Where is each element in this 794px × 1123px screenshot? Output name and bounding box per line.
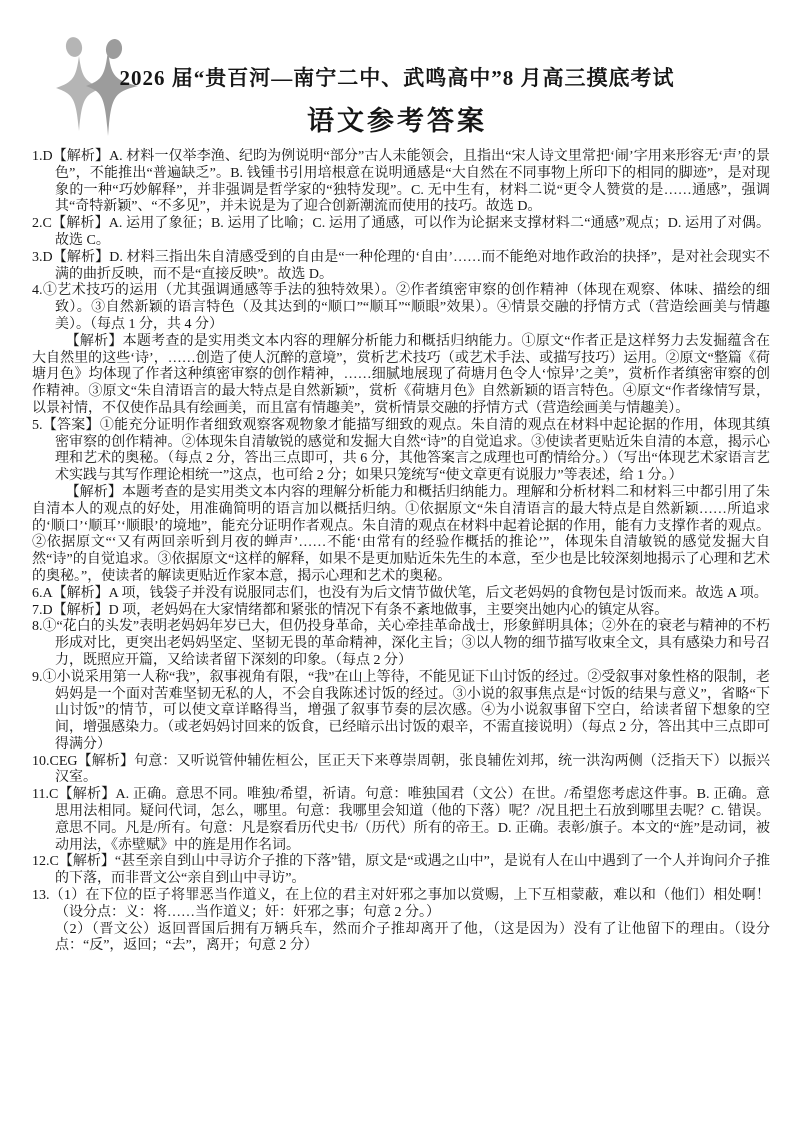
- answer-item-10: 10.CEG【解析】句意：又听说管仲辅佐桓公，匡正天下来尊崇周朝，张良辅佐刘邦，…: [32, 754, 770, 788]
- answer-number: 9.: [32, 670, 43, 685]
- answer-number: 6.: [32, 586, 43, 601]
- answer-explanation: 【解析】本题考查的是实用类文本内容的理解分析能力和概括归纳能力。理解和分析材料二…: [32, 485, 770, 586]
- answer-number: 2.: [32, 216, 43, 231]
- answer-text: ①“花白的头发”表明老妈妈年岁已大，但仍投身革命，关心牵挂革命战士，形象鲜明具体…: [43, 619, 771, 668]
- document-page: 2026 届“贵百河—南宁二中、武鸣高中”8 月高三摸底考试 语文参考答案 1.…: [0, 0, 794, 1123]
- answer-text: C【解析】A. 正确。意思不同。唯独/希望，祈请。句意：唯独国君（文公）在世。/…: [49, 787, 770, 852]
- answer-text: D【解析】A. 材料一仅举李渔、纪昀为例说明“部分”古人未能领会，且指出“宋人诗…: [43, 149, 771, 214]
- answer-text: C【解析】“甚至亲自到山中寻访介子推的下落”错，原文是“或遇之山中”，是说有人在…: [50, 854, 771, 886]
- answer-item-13: 13.（1）在下位的臣子将罪恶当作道义，在上位的君主对奸邪之事加以赏赐，上下互相…: [32, 888, 770, 955]
- answer-number: 5.: [32, 418, 43, 433]
- answer-number: 1.: [32, 149, 43, 164]
- answer-item-1: 1.D【解析】A. 材料一仅举李渔、纪昀为例说明“部分”古人未能领会，且指出“宋…: [32, 149, 770, 216]
- exam-title: 2026 届“贵百河—南宁二中、武鸣高中”8 月高三摸底考试: [0, 62, 794, 92]
- answer-text: A【解析】A 项，钱袋子并没有说服同志们，也没有为后文情节做伏笔，后文老妈妈的食…: [43, 586, 768, 601]
- answer-item-9: 9.①小说采用第一人称“我”，叙事视角有限，“我”在山上等待，不能见证下山讨饭的…: [32, 670, 770, 754]
- answer-text: 【答案】①能充分证明作者细致观察客观物象才能描写细致的观点。朱自清的观点在材料中…: [43, 418, 771, 483]
- answer-number: 4.: [32, 283, 43, 298]
- answer-number: 7.: [32, 603, 43, 618]
- answer-text: D【解析】D. 材料三指出朱自清感受到的自由是“一种伦理的‘自由’……而不能绝对…: [43, 250, 771, 282]
- answer-number: 13.: [32, 888, 50, 903]
- answer-number: 3.: [32, 250, 43, 265]
- answer-item-2: 2.C【解析】A. 运用了象征；B. 运用了比喻；C. 运用了通感，可以作为论据…: [32, 216, 770, 250]
- answer-item-6: 6.A【解析】A 项，钱袋子并没有说服同志们，也没有为后文情节做伏笔，后文老妈妈…: [32, 586, 770, 603]
- answer-list: 1.D【解析】A. 材料一仅举李渔、纪昀为例说明“部分”古人未能领会，且指出“宋…: [32, 149, 770, 955]
- exam-header: 2026 届“贵百河—南宁二中、武鸣高中”8 月高三摸底考试 语文参考答案: [0, 0, 794, 138]
- answer-text: D【解析】D 项，老妈妈在大家情绪都和紧张的情况下有条不紊地做事，主要突出她内心…: [43, 603, 669, 618]
- answer-text: ①艺术技巧的运用（尤其强调通感等手法的独特效果）。②作者缜密审察的创作精神（体现…: [43, 283, 771, 332]
- answer-text: （1）在下位的臣子将罪恶当作道义，在上位的君主对奸邪之事加以赏赐，上下互相蒙蔽，…: [50, 888, 771, 920]
- answer-item-7: 7.D【解析】D 项，老妈妈在大家情绪都和紧张的情况下有条不紊地做事，主要突出她…: [32, 603, 770, 620]
- answer-item-12: 12.C【解析】“甚至亲自到山中寻访介子推的下落”错，原文是“或遇之山中”，是说…: [32, 854, 770, 888]
- answer-item-11: 11.C【解析】A. 正确。意思不同。唯独/希望，祈请。句意：唯独国君（文公）在…: [32, 787, 770, 854]
- answer-explanation: 【解析】本题考查的是实用类文本内容的理解分析能力和概括归纳能力。①原文“作者正是…: [32, 334, 770, 418]
- answer-number: 8.: [32, 619, 43, 634]
- answer-text: CEG【解析】句意：又听说管仲辅佐桓公，匡正天下来尊崇周朝，张良辅佐刘邦，统一洪…: [50, 754, 771, 786]
- answer-item-3: 3.D【解析】D. 材料三指出朱自清感受到的自由是“一种伦理的‘自由’……而不能…: [32, 250, 770, 284]
- answer-number: 10.: [32, 754, 50, 769]
- answer-text: C【解析】A. 运用了象征；B. 运用了比喻；C. 运用了通感，可以作为论据来支…: [43, 216, 771, 248]
- answer-number: 11.: [32, 787, 49, 802]
- answer-text-part2: （2）（晋文公）返回晋国后拥有万辆兵车，然而介子推却离开了他，（这是因为）没有了…: [55, 922, 770, 956]
- answer-text: ①小说采用第一人称“我”，叙事视角有限，“我”在山上等待，不能见证下山讨饭的经过…: [43, 670, 771, 752]
- answer-item-8: 8.①“花白的头发”表明老妈妈年岁已大，但仍投身革命，关心牵挂革命战士，形象鲜明…: [32, 619, 770, 669]
- page-title: 语文参考答案: [0, 99, 794, 138]
- answer-item-5: 5.【答案】①能充分证明作者细致观察客观物象才能描写细致的观点。朱自清的观点在材…: [32, 418, 770, 586]
- answer-number: 12.: [32, 854, 50, 869]
- answer-item-4: 4.①艺术技巧的运用（尤其强调通感等手法的独特效果）。②作者缜密审察的创作精神（…: [32, 283, 770, 417]
